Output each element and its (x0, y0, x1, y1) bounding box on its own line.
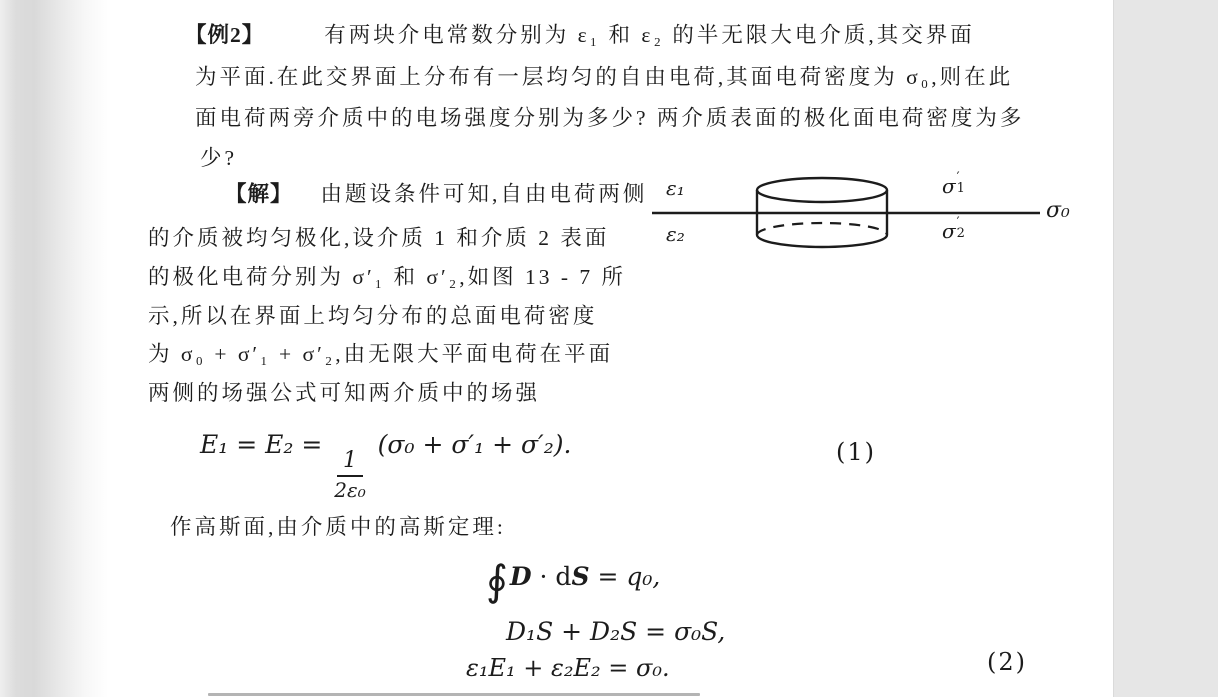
gauss-law-integral-equation: ∮D · dS = q₀, (486, 556, 660, 605)
problem-line-4: 少? (200, 141, 237, 172)
equation-1: E₁ = E₂ = 12ε₀ (σ₀ + σ′₁ + σ′₂). (200, 430, 571, 500)
fraction-denominator: 2ε₀ (334, 477, 365, 500)
prime-subscript-stack: ′2 (957, 217, 965, 239)
solution-line-4: 示,所以在界面上均匀分布的总面电荷密度 (148, 299, 597, 330)
textbook-page: 【例2】有两块介电常数分别为 ε₁ 和 ε₂ 的半无限大电介质,其交界面 为平面… (0, 0, 1218, 697)
scan-right-margin (1113, 0, 1218, 697)
solution-line-2: 的介质被均匀极化,设介质 1 和介质 2 表面 (148, 221, 609, 252)
solution-line-1: 【解】由题设条件可知,自由电荷两侧 (225, 177, 647, 208)
differential-d: d (555, 562, 571, 591)
solution-line-5: 为 σ₀ + σ′₁ + σ′₂,由无限大平面电荷在平面 (148, 337, 613, 368)
gauss-equation-2: D₁S + D₂S = σ₀S, (506, 617, 725, 646)
problem-line-1: 【例2】有两块介电常数分别为 ε₁ 和 ε₂ 的半无限大电介质,其交界面 (185, 18, 975, 49)
gauss-intro-line: 作高斯面,由介质中的高斯定理: (170, 510, 506, 541)
fraction: 12ε₀ (334, 450, 365, 500)
problem-line-1-text: 有两块介电常数分别为 ε₁ 和 ε₂ 的半无限大电介质,其交界面 (324, 23, 974, 47)
fraction-numerator: 1 (337, 450, 363, 477)
sigma-symbol: σ (942, 219, 956, 243)
sigma-symbol: σ (942, 174, 956, 198)
figure-label-sigma2-prime: σ′2 (942, 219, 965, 243)
prime-subscript-stack: ′1 (957, 172, 965, 194)
figure-label-sigma0: σ₀ (1046, 198, 1070, 223)
figure-label-sigma1-prime: σ′1 (942, 174, 965, 198)
gauss-equation-3: ε₁E₁ + ε₂E₂ = σ₀. (466, 654, 670, 682)
equation-2-number: (2) (987, 648, 1027, 676)
gauss1-rhs: = q₀, (590, 562, 661, 591)
equation-1-number: (1) (836, 438, 876, 466)
subscript-2: 2 (957, 228, 965, 239)
subscript-1: 1 (957, 183, 965, 194)
problem-line-3: 面电荷两旁介质中的电场强度分别为多少? 两介质表面的极化面电荷密度为多 (195, 101, 1024, 132)
contour-integral-symbol: ∮ (486, 556, 508, 605)
eq1-lhs: E₁ = E₂ = (200, 430, 322, 459)
vector-D: D (510, 562, 532, 591)
solution-tag: 【解】 (225, 182, 293, 206)
solution-line-3: 的极化电荷分别为 σ′₁ 和 σ′₂,如图 13 - 7 所 (148, 260, 626, 291)
figure-label-epsilon1: ε₁ (666, 176, 685, 200)
dot-operator: · (532, 562, 556, 591)
vector-S: S (571, 562, 589, 591)
figure-label-epsilon2: ε₂ (666, 222, 685, 246)
eq1-rhs: (σ₀ + σ′₁ + σ′₂). (378, 430, 572, 459)
solution-line-1-text: 由题设条件可知,自由电荷两侧 (321, 182, 648, 206)
solution-line-6: 两侧的场强公式可知两介质中的场强 (148, 376, 540, 407)
cropped-next-line-artifact (208, 693, 700, 696)
page-left-gutter-shadow (0, 0, 110, 697)
example-tag: 【例2】 (185, 23, 264, 47)
problem-line-2: 为平面.在此交界面上分布有一层均匀的自由电荷,其面电荷密度为 σ₀,则在此 (195, 60, 1013, 91)
